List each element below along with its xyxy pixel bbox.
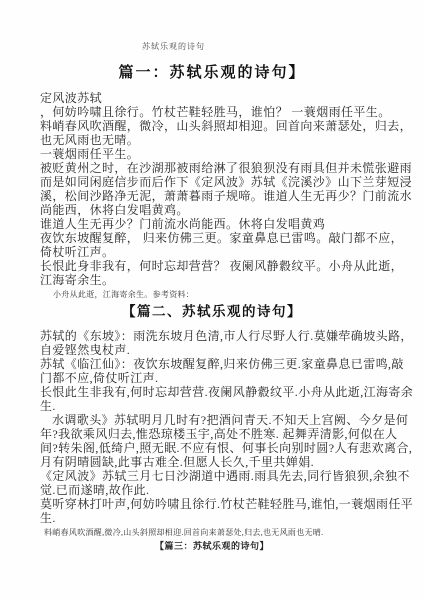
poem-line: 尚能西，休将白发唱黄鸡。 [40,203,404,217]
poem-line: 长恨此生非我有,何时忘却营营.夜阑风静縠纹平.小舟从此逝,江海寄余 [40,385,404,399]
section-three-heading: 【篇三：苏轼乐观的诗句】 [0,540,424,552]
section-two-body: 苏轼的《东坡》：雨洗东坡月色清,市人行尽野人行.莫嫌荦确坡头路， 自爱铿然曳杖声… [40,329,404,538]
poem-line: 年?我欲乘风归去,惟恐琼楼玉宇,高处不胜寒. 起舞弄清影,何似在人 [40,427,404,441]
poem-line: 莫听穿林打叶声,何妨吟啸且徐行.竹杖芒鞋轻胜马,谁怕,一蓑烟雨任平 [40,497,404,511]
poem-line: 苏轼《临江仙》：夜饮东坡醒复醉,归来仿佛三更.家童鼻息已雷鸣,敲 [40,357,404,371]
section-two-footnote: 料峭春风吹酒醒,微冷,山头斜照却相迎.回首向来萧瑟处,归去,也无风雨也无晴. [44,527,404,538]
poem-line: ，何妨吟啸且徐行。竹杖芒鞋轻胜马，谁怕？ 一蓑烟雨任平生。 [40,105,404,119]
poem-line: 料峭春风吹酒醒，微冷，山头斜照却相迎。回首向来萧瑟处，归去， [40,119,404,133]
document-page: 苏轼乐观的诗句 篇一：苏轼乐观的诗句】 定风波苏轼 ，何妨吟啸且徐行。竹杖芒鞋轻… [0,0,424,600]
poem-line: 生. [40,511,404,525]
poem-line: 门都不应,倚仗听江声. [40,371,404,385]
section-one-footnote: 小舟从此逝，江海寄余生。参考资料： [53,289,404,300]
poem-line: 而是如同闲庭信步而后作下《定风波》苏轼《浣溪沙》山下兰芽短浸 [40,175,404,189]
poem-line: 苏轼的《东坡》：雨洗东坡月色清,市人行尽野人行.莫嫌荦确坡头路， [40,329,404,343]
section-one-heading: 篇一：苏轼乐观的诗句】 [0,63,424,83]
section-one-body: 定风波苏轼 ，何妨吟啸且徐行。竹杖芒鞋轻胜马，谁怕？ 一蓑烟雨任平生。 料峭春风… [40,91,404,300]
poem-line: 生. [40,399,404,413]
poem-line: 长恨此身非我有，何时忘却营营？ 夜阑风静縠纹平。小舟从此逝， [40,259,404,273]
poem-line: 自爱铿然曳杖声. [40,343,404,357]
document-header: 苏轼乐观的诗句 [142,42,424,52]
poem-line: 夜饮东坡醒复醉， 归来仿佛三更。家童鼻息已雷鸣。敲门都不应， [40,231,404,245]
poem-line: 也无风雨也无晴。 [40,133,404,147]
poem-line: 水调歌头》苏轼明月几时有?把酒问青天.不知天上宫阙、今夕是何 [40,413,404,427]
section-two-heading: 【篇二、苏轼乐观的诗句】 [0,302,424,321]
poem-line: 间?转朱阁,低绮户,照无眠.不应有恨、何事长向别时圆?人有悲欢离合, [40,441,404,455]
poem-line: 一蓑烟雨任平生。 [40,147,404,161]
poem-line: 月有阴晴圆缺,此事古难全.但愿人长久,千里共婵娟. [40,455,404,469]
poem-line: 定风波苏轼 [40,91,404,105]
poem-line: 溪，松间沙路净无泥，萧萧暮雨子规啼。谁道人生无再少？门前流水 [40,189,404,203]
poem-line: 倚杖听江声。 [40,245,404,259]
poem-line: 被贬黄州之时，在沙湖那被雨给淋了很狼狈没有雨具但并未慌张避雨 [40,161,404,175]
poem-line: 江海寄余生。 [40,273,404,287]
poem-line: 觉.已而遂晴,故作此. [40,483,404,497]
poem-line: 谁道人生无再少？门前流水尚能西。休将白发唱黄鸡 [40,217,404,231]
poem-line: 《定风波》苏轼三月七日沙湖道中遇雨.雨具先去,同行皆狼狈,余独不 [40,469,404,483]
